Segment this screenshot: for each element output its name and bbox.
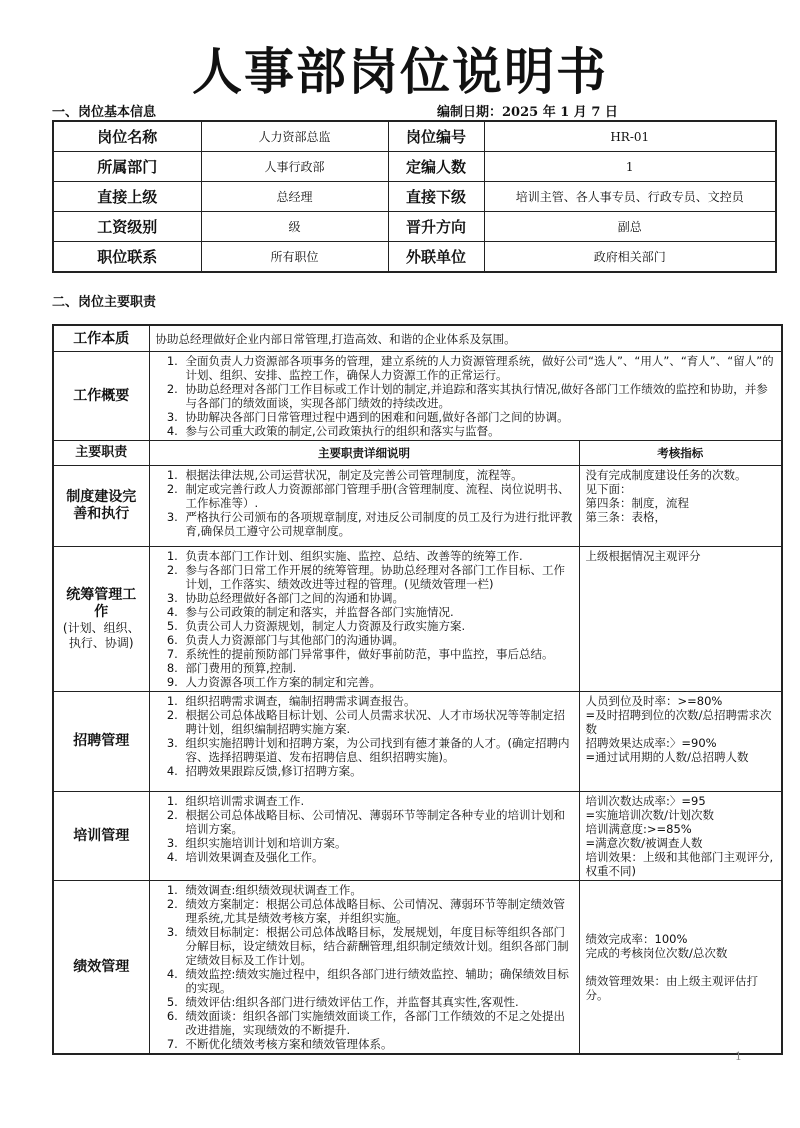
list-item: 绩效目标制定：根据公司总体战略目标，发展规划，年度目标等组织各部门分解目标，设定… xyxy=(182,925,573,967)
duty-name: 招聘管理 xyxy=(53,692,149,792)
column-header-detail: 主要职责详细说明 xyxy=(149,441,579,466)
list-item: 组织实施培训计划和培训方案。 xyxy=(182,836,573,850)
info-label: 职位联系 xyxy=(53,242,201,273)
summary-row: 工作概要 全面负责人力资源部各项事务的管理，建立系统的人力资源管理系统，做好公司… xyxy=(53,352,782,441)
list-item: 全面负责人力资源部各项事务的管理，建立系统的人力资源管理系统，做好公司“选人”、… xyxy=(182,354,776,382)
duty-name: 统筹管理工作 (计划、组织、执行、协调) xyxy=(53,547,149,692)
info-row: 职位联系 所有职位 外联单位 政府相关部门 xyxy=(53,242,776,273)
info-label: 岗位名称 xyxy=(53,121,201,152)
info-label: 晋升方向 xyxy=(388,212,484,242)
info-label: 直接下级 xyxy=(388,182,484,212)
duty-title: 统筹管理工作 xyxy=(66,587,136,620)
info-label: 岗位编号 xyxy=(388,121,484,152)
list-item: 人力资源各项工作方案的制定和完善。 xyxy=(182,675,573,689)
duty-kpi: 人员到位及时率：>=80% =及时招聘到位的次数/总招聘需求次数 招聘效果达成率… xyxy=(579,692,782,792)
duty-row: 培训管理 组织培训需求调查工作. 根据公司总体战略目标、公司情况、薄弱环节等制定… xyxy=(53,792,782,881)
list-item: 负责公司人力资源规划，制定人力资源及行政实施方案. xyxy=(182,619,573,633)
duty-list: 负责本部门工作计划、组织实施、监控、总结、改善等的统筹工作. 参与各部门日常工作… xyxy=(156,549,573,689)
list-item: 绩效调查:组织绩效现状调查工作。 xyxy=(182,883,573,897)
duties-table: 工作本质 协助总经理做好企业内部日常管理,打造高效、和谐的企业体系及氛围。 工作… xyxy=(52,324,783,1055)
duty-detail: 绩效调查:组织绩效现状调查工作。 绩效方案制定：根据公司总体战略目标、公司情况、… xyxy=(149,881,579,1055)
info-label: 所属部门 xyxy=(53,152,201,182)
compile-date: 编制日期：2025 年 1 月 7 日 xyxy=(437,101,618,120)
list-item: 参与公司政策的制定和落实，并监督各部门实施情况. xyxy=(182,605,573,619)
list-item: 组织招聘需求调查，编制招聘需求调查报告。 xyxy=(182,694,573,708)
info-value: 政府相关部门 xyxy=(484,242,776,273)
info-value: 培训主管、各人事专员、行政专员、文控员 xyxy=(484,182,776,212)
list-item: 组织培训需求调查工作. xyxy=(182,794,573,808)
info-label: 外联单位 xyxy=(388,242,484,273)
duty-name: 绩效管理 xyxy=(53,881,149,1055)
list-item: 绩效评估:组织各部门进行绩效评估工作，并监督其真实性,客观性. xyxy=(182,995,573,1009)
info-value: 总经理 xyxy=(201,182,388,212)
summary-label: 工作概要 xyxy=(53,352,149,441)
duty-title: 绩效管理 xyxy=(73,959,129,975)
info-row: 岗位名称 人力资部总监 岗位编号 HR-01 xyxy=(53,121,776,152)
list-item: 绩效方案制定：根据公司总体战略目标、公司情况、薄弱环节等制定绩效管理系统,尤其是… xyxy=(182,897,573,925)
list-item: 协助解决各部门日常管理过程中遇到的困难和问题,做好各部门之间的协调。 xyxy=(182,410,776,424)
duty-detail: 组织培训需求调查工作. 根据公司总体战略目标、公司情况、薄弱环节等制定各种专业的… xyxy=(149,792,579,881)
list-item: 负责人力资源部门与其他部门的沟通协调。 xyxy=(182,633,573,647)
list-item: 严格执行公司颁布的各项规章制度, 对违反公司制度的员工及行为进行批评教育,确保员… xyxy=(182,510,573,538)
info-row: 所属部门 人事行政部 定编人数 1 xyxy=(53,152,776,182)
duty-kpi: 培训次数达成率:〉=95 =实施培训次数/计划次数 培训满意度:>=85% =满… xyxy=(579,792,782,881)
duty-row: 统筹管理工作 (计划、组织、执行、协调) 负责本部门工作计划、组织实施、监控、总… xyxy=(53,547,782,692)
list-item: 培训效果调查及强化工作。 xyxy=(182,850,573,864)
duty-kpi: 绩效完成率：100% 完成的考核岗位次数/总次数 绩效管理效果：由上级主观评估打… xyxy=(579,881,782,1055)
info-value: 副总 xyxy=(484,212,776,242)
duty-title: 招聘管理 xyxy=(73,733,129,749)
info-label: 直接上级 xyxy=(53,182,201,212)
duty-title: 培训管理 xyxy=(73,828,129,844)
summary-list: 全面负责人力资源部各项事务的管理，建立系统的人力资源管理系统，做好公司“选人”、… xyxy=(156,354,776,438)
list-item: 负责本部门工作计划、组织实施、监控、总结、改善等的统筹工作. xyxy=(182,549,573,563)
list-item: 根据公司总体战略目标、公司情况、薄弱环节等制定各种专业的培训计划和培训方案。 xyxy=(182,808,573,836)
duty-list: 绩效调查:组织绩效现状调查工作。 绩效方案制定：根据公司总体战略目标、公司情况、… xyxy=(156,883,573,1051)
list-item: 绩效监控:绩效实施过程中，组织各部门进行绩效监控、辅助；确保绩效目标的实现。 xyxy=(182,967,573,995)
duty-detail: 负责本部门工作计划、组织实施、监控、总结、改善等的统筹工作. 参与各部门日常工作… xyxy=(149,547,579,692)
list-item: 参与各部门日常工作开展的统筹管理。协助总经理对各部门工作目标、工作计划，工作落实… xyxy=(182,563,573,591)
info-row: 工资级别 级 晋升方向 副总 xyxy=(53,212,776,242)
list-item: 根据法律法规,公司运营状况，制定及完善公司管理制度，流程等。 xyxy=(182,468,573,482)
duty-row: 制度建设完善和执行 根据法律法规,公司运营状况，制定及完善公司管理制度，流程等。… xyxy=(53,466,782,547)
info-value: 1 xyxy=(484,152,776,182)
duty-list: 组织招聘需求调查，编制招聘需求调查报告。 根据公司总体战略目标计划、公司人员需求… xyxy=(156,694,573,778)
info-label: 定编人数 xyxy=(388,152,484,182)
section-heading-duties: 二、岗位主要职责 xyxy=(52,291,156,310)
nature-label: 工作本质 xyxy=(53,325,149,352)
document-title: 人事部岗位说明书 xyxy=(0,42,800,102)
info-label: 工资级别 xyxy=(53,212,201,242)
info-value: 级 xyxy=(201,212,388,242)
duty-subtitle: (计划、组织、执行、协调) xyxy=(60,621,143,651)
info-value: 人力资部总监 xyxy=(201,121,388,152)
info-row: 直接上级 总经理 直接下级 培训主管、各人事专员、行政专员、文控员 xyxy=(53,182,776,212)
summary-content: 全面负责人力资源部各项事务的管理，建立系统的人力资源管理系统，做好公司“选人”、… xyxy=(149,352,782,441)
duty-row: 绩效管理 绩效调查:组织绩效现状调查工作。 绩效方案制定：根据公司总体战略目标、… xyxy=(53,881,782,1055)
column-header-kpi: 考核指标 xyxy=(579,441,782,466)
list-item: 部门费用的预算,控制. xyxy=(182,661,573,675)
page-number: 1 xyxy=(735,1050,742,1063)
info-value: HR-01 xyxy=(484,121,776,152)
list-item: 组织实施招聘计划和招聘方案，为公司找到有德才兼备的人才。(确定招聘内容、选择招聘… xyxy=(182,736,573,764)
duty-name: 培训管理 xyxy=(53,792,149,881)
list-item: 不断优化绩效考核方案和绩效管理体系。 xyxy=(182,1037,573,1051)
column-header-duty: 主要职责 xyxy=(53,441,149,466)
duty-kpi: 上级根据情况主观评分 xyxy=(579,547,782,692)
duty-list: 组织培训需求调查工作. 根据公司总体战略目标、公司情况、薄弱环节等制定各种专业的… xyxy=(156,794,573,864)
nature-row: 工作本质 协助总经理做好企业内部日常管理,打造高效、和谐的企业体系及氛围。 xyxy=(53,325,782,352)
list-item: 根据公司总体战略目标计划、公司人员需求状况、人才市场状况等等制定招聘计划，组织编… xyxy=(182,708,573,736)
duty-detail: 根据法律法规,公司运营状况，制定及完善公司管理制度，流程等。 制定或完善行政人力… xyxy=(149,466,579,547)
duty-kpi: 没有完成制度建设任务的次数。 见下面： 第四条：制度，流程 第三条：表格， xyxy=(579,466,782,547)
basic-info-table: 岗位名称 人力资部总监 岗位编号 HR-01 所属部门 人事行政部 定编人数 1… xyxy=(52,120,777,273)
list-item: 系统性的提前预防部门异常事件，做好事前防范，事中监控，事后总结。 xyxy=(182,647,573,661)
info-value: 所有职位 xyxy=(201,242,388,273)
duty-detail: 组织招聘需求调查，编制招聘需求调查报告。 根据公司总体战略目标计划、公司人员需求… xyxy=(149,692,579,792)
duty-list: 根据法律法规,公司运营状况，制定及完善公司管理制度，流程等。 制定或完善行政人力… xyxy=(156,468,573,538)
info-value: 人事行政部 xyxy=(201,152,388,182)
list-item: 招聘效果跟踪反馈,修订招聘方案。 xyxy=(182,764,573,778)
list-item: 协助总经理对各部门工作目标或工作计划的制定,并追踪和落实其执行情况,做好各部门工… xyxy=(182,382,776,410)
list-item: 绩效面谈：组织各部门实施绩效面谈工作，各部门工作绩效的不足之处提出改进措施，实现… xyxy=(182,1009,573,1037)
list-item: 制定或完善行政人力资源部部门管理手册(含管理制度、流程、岗位说明书、工作标准等）… xyxy=(182,482,573,510)
list-item: 参与公司重大政策的制定,公司政策执行的组织和落实与监督。 xyxy=(182,424,776,438)
duty-row: 招聘管理 组织招聘需求调查，编制招聘需求调查报告。 根据公司总体战略目标计划、公… xyxy=(53,692,782,792)
column-header-row: 主要职责 主要职责详细说明 考核指标 xyxy=(53,441,782,466)
duty-name: 制度建设完善和执行 xyxy=(53,466,149,547)
section-heading-basic-info: 一、岗位基本信息 xyxy=(52,101,156,120)
nature-text: 协助总经理做好企业内部日常管理,打造高效、和谐的企业体系及氛围。 xyxy=(149,325,782,352)
list-item: 协助总经理做好各部门之间的沟通和协调。 xyxy=(182,591,573,605)
duty-title: 制度建设完善和执行 xyxy=(66,489,136,522)
